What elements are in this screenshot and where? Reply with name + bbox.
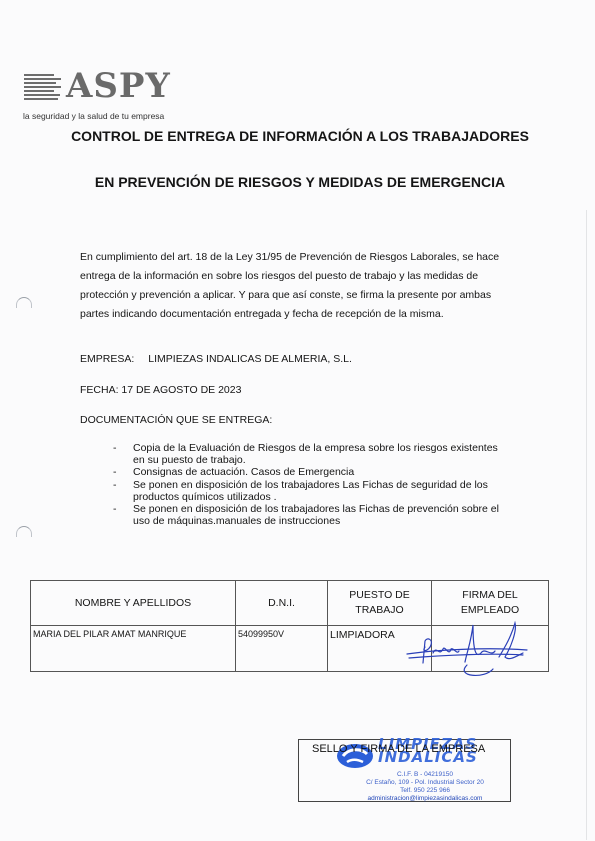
company-cif: C.I.F. B - 04219150 — [330, 771, 520, 779]
logo-tagline: la seguridad y la salud de tu empresa — [23, 111, 164, 121]
list-item: Se ponen en disposición de los trabajado… — [113, 479, 503, 503]
punch-hole-mark — [16, 297, 32, 308]
company-phone: Telf. 950 225 966 — [330, 787, 520, 795]
logo-name: ASPY — [66, 66, 171, 106]
company-email: administracion@limpiezasindalicas.com — [330, 795, 520, 803]
cell-nombre: MARIA DEL PILAR AMAT MANRIQUE — [31, 626, 236, 672]
empresa-value: LIMPIEZAS INDALICAS DE ALMERIA, S.L. — [148, 353, 352, 365]
aspy-logo-icon — [24, 74, 61, 102]
document-subtitle: EN PREVENCIÓN DE RIESGOS Y MEDIDAS DE EM… — [60, 173, 540, 191]
header-puesto-text: PUESTO DE TRABAJO — [345, 588, 415, 618]
fecha-field: FECHA: 17 DE AGOSTO DE 2023 — [80, 384, 241, 396]
documentacion-heading: DOCUMENTACIÓN QUE SE ENTREGA: — [80, 414, 272, 426]
header-nombre: NOMBRE Y APELLIDOS — [31, 581, 236, 626]
header-firma-text: FIRMA DEL EMPLEADO — [455, 588, 525, 618]
empresa-field: EMPRESA:LIMPIEZAS INDALICAS DE ALMERIA, … — [80, 353, 352, 365]
list-item: Se ponen en disposición de los trabajado… — [113, 503, 503, 527]
company-info: C.I.F. B - 04219150 C/ Estaño, 109 - Pol… — [330, 771, 520, 803]
document-title: CONTROL DE ENTREGA DE INFORMACIÓN A LOS … — [60, 127, 540, 145]
punch-hole-mark — [16, 526, 32, 537]
documentation-list: Copia de la Evaluación de Riesgos de la … — [113, 442, 503, 527]
company-address: C/ Estaño, 109 - Pol. Industrial Sector … — [330, 779, 520, 787]
intro-paragraph: En cumplimiento del art. 18 de la Ley 31… — [80, 248, 508, 324]
empresa-label: EMPRESA: — [80, 353, 134, 365]
list-item: Consignas de actuación. Casos de Emergen… — [113, 466, 503, 478]
stamp-label: SELLO Y FIRMA DE LA EMPRESA — [312, 743, 485, 755]
employee-signature-icon — [405, 617, 530, 677]
list-item: Copia de la Evaluación de Riesgos de la … — [113, 442, 503, 466]
cell-dni: 54099950V — [236, 626, 328, 672]
scan-edge-line — [586, 210, 587, 840]
header-dni: D.N.I. — [236, 581, 328, 626]
